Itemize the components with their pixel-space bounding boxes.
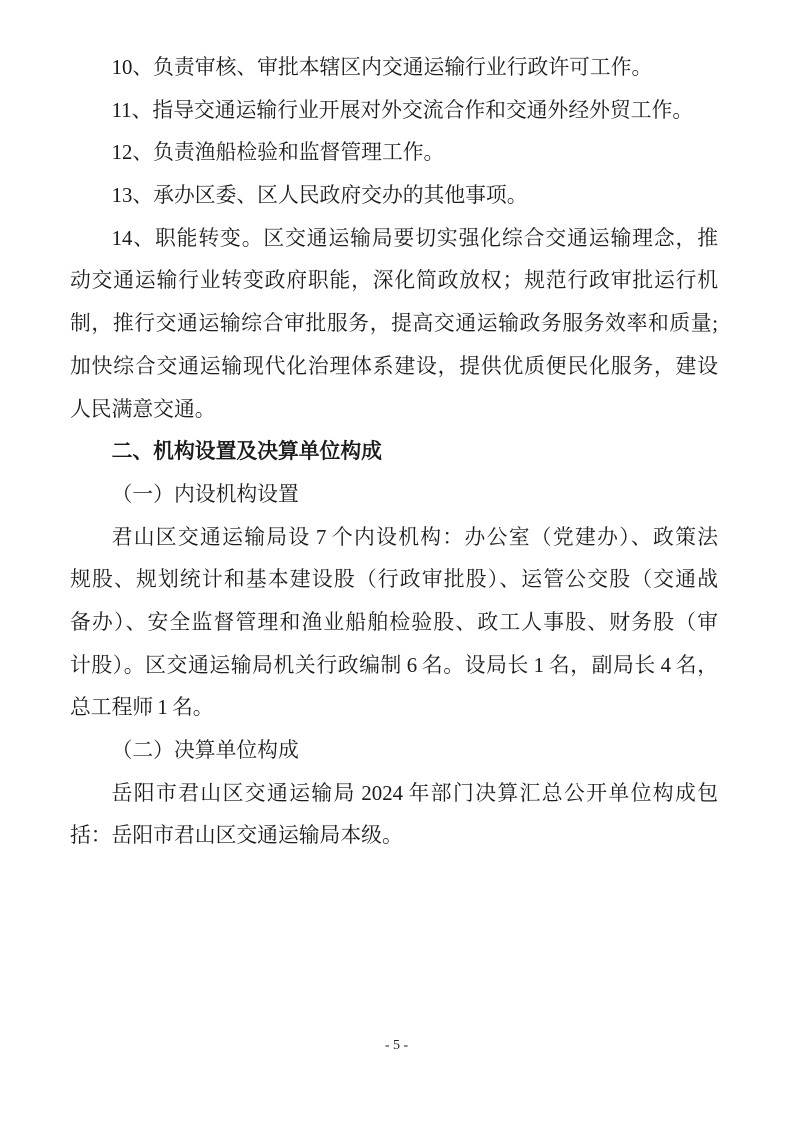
paragraph-line: 加快综合交通运输现代化治理体系建设，提供优质便民化服务，建设	[70, 346, 718, 389]
paragraph-line: 13、承办区委、区人民政府交办的其他事项。	[70, 175, 718, 218]
paragraph-line: 计股）。区交通运输局机关行政编制 6 名。设局长 1 名，副局长 4 名，	[70, 645, 718, 688]
subsection-heading: （一）内设机构设置	[70, 474, 718, 517]
paragraph-line: 备办）、安全监督管理和渔业船舶检验股、政工人事股、财务股（审	[70, 602, 718, 645]
paragraph-line: 12、负责渔船检验和监督管理工作。	[70, 132, 718, 175]
paragraph-line: 动交通运输行业转变政府职能，深化简政放权；规范行政审批运行机	[70, 260, 718, 303]
paragraph-line: 人民满意交通。	[70, 389, 718, 432]
paragraph-line: 10、负责审核、审批本辖区内交通运输行业行政许可工作。	[70, 47, 718, 90]
document-page: 10、负责审核、审批本辖区内交通运输行业行政许可工作。11、指导交通运输行业开展…	[0, 0, 793, 1122]
section-heading: 二、机构设置及决算单位构成	[70, 431, 718, 474]
document-content: 10、负责审核、审批本辖区内交通运输行业行政许可工作。11、指导交通运输行业开展…	[70, 47, 718, 858]
paragraph-line: 14、职能转变。区交通运输局要切实强化综合交通运输理念，推	[70, 218, 718, 261]
paragraph-line: 括：岳阳市君山区交通运输局本级。	[70, 815, 718, 858]
paragraph-line: 制，推行交通运输综合审批服务，提高交通运输政务服务效率和质量;	[70, 303, 718, 346]
page-number: - 5 -	[385, 1038, 408, 1053]
paragraph-line: 君山区交通运输局设 7 个内设机构：办公室（党建办）、政策法	[70, 517, 718, 560]
subsection-heading: （二）决算单位构成	[70, 730, 718, 773]
paragraph-line: 岳阳市君山区交通运输局 2024 年部门决算汇总公开单位构成包	[70, 773, 718, 816]
paragraph-line: 规股、规划统计和基本建设股（行政审批股）、运管公交股（交通战	[70, 559, 718, 602]
paragraph-line: 11、指导交通运输行业开展对外交流合作和交通外经外贸工作。	[70, 90, 718, 133]
paragraph-line: 总工程师 1 名。	[70, 687, 718, 730]
page-footer: - 5 -	[0, 1036, 793, 1056]
